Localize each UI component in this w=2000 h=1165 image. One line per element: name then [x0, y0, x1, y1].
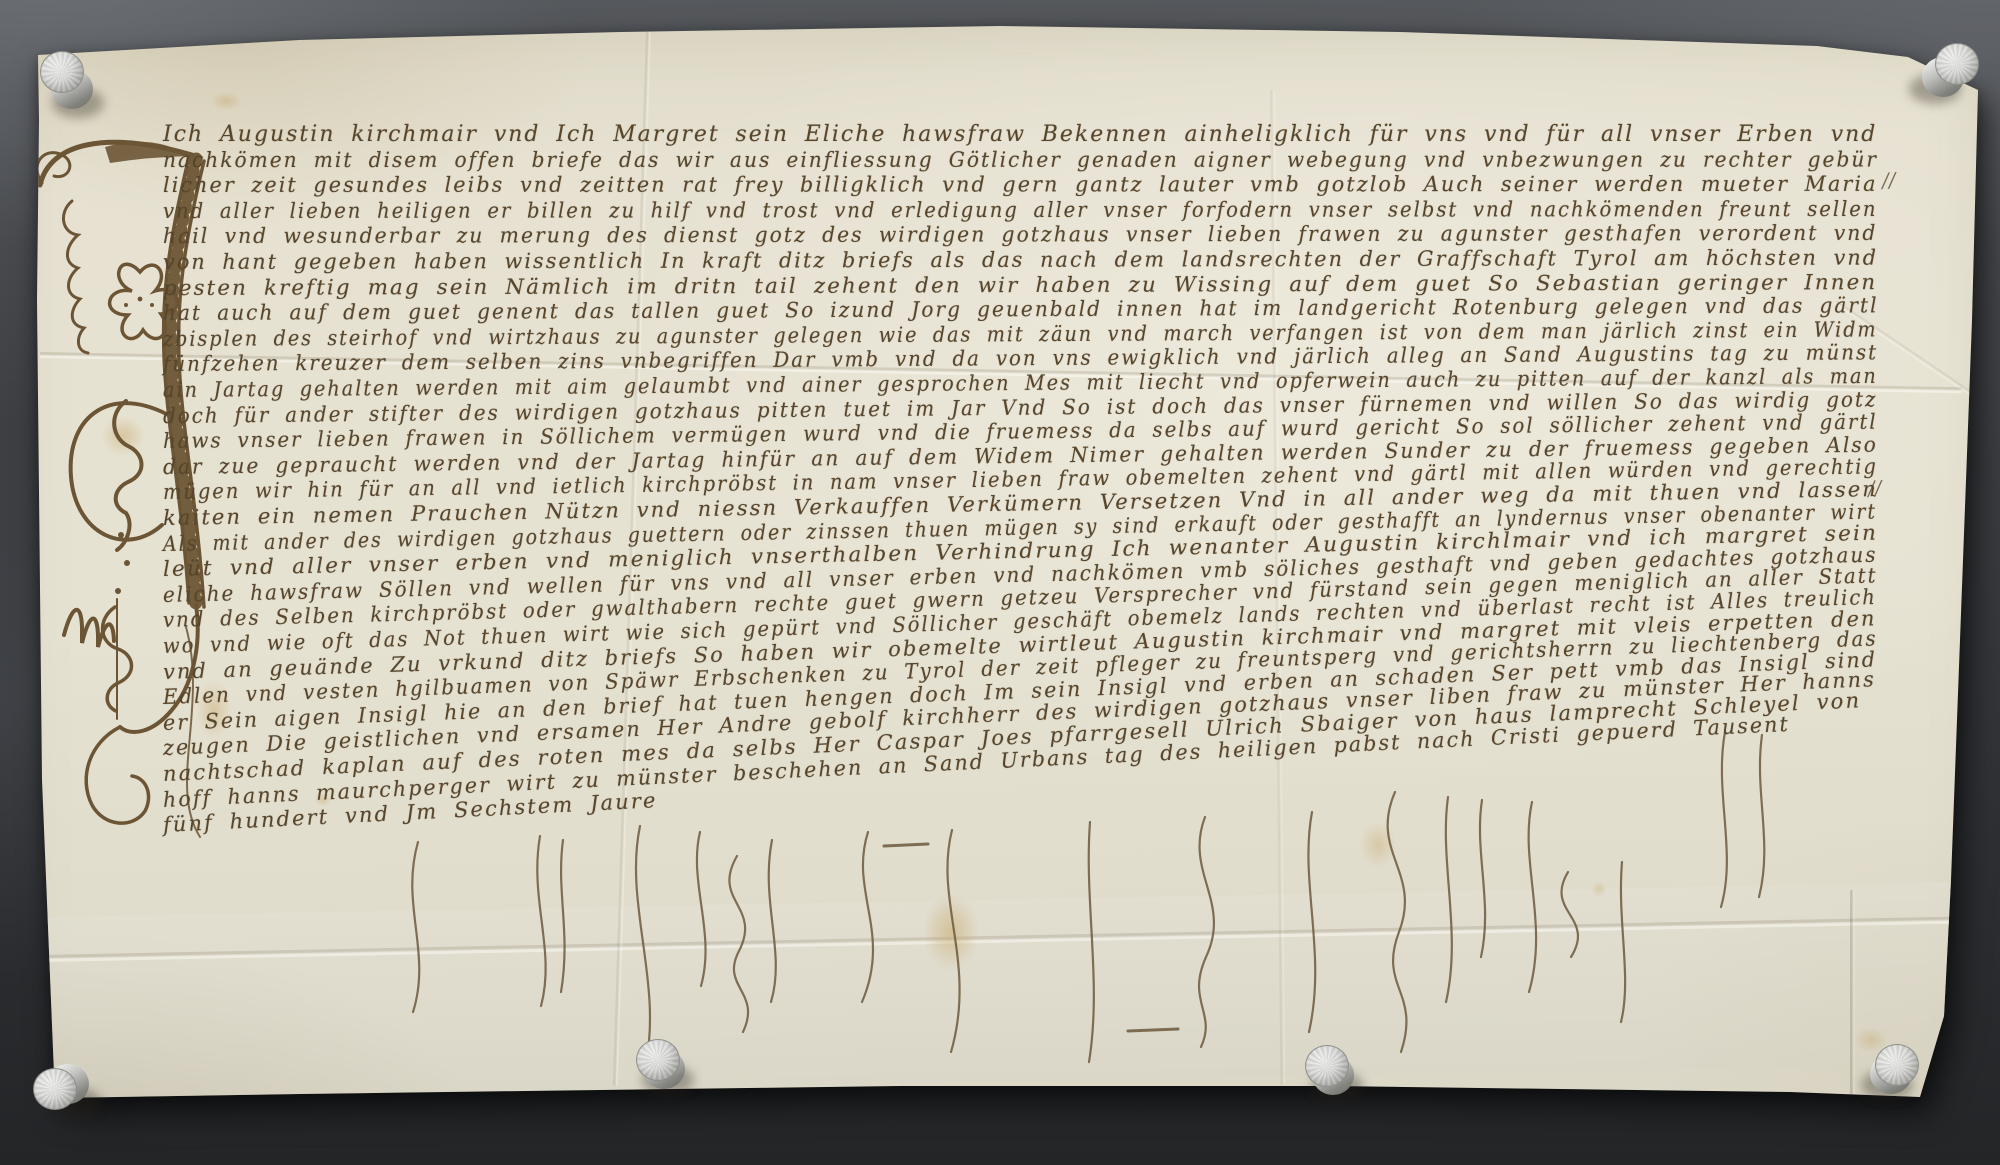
manuscript-line: licher zeit gesundes leibs vnd zeitten r…	[163, 172, 1878, 198]
pin-face	[636, 1039, 680, 1081]
parchment-wrapper: Ich Augustin kirchmair vnd Ich Margret s…	[0, 0, 2000, 1165]
pin-face	[40, 51, 84, 93]
manuscript-text-block: Ich Augustin kirchmair vnd Ich Margret s…	[0, 0, 2000, 1165]
pin-face	[1305, 1045, 1349, 1087]
pin-face	[1875, 1044, 1919, 1086]
margin-slash-mark: //	[1881, 168, 1896, 193]
manuscript-line: vnd aller lieben heiligen er billen zu h…	[163, 197, 1878, 224]
pin-face	[33, 1068, 77, 1110]
margin-slash-mark: //	[1867, 476, 1882, 501]
manuscript-line: hail vnd wesunderbar zu merung des diens…	[163, 221, 1877, 249]
manuscript-line: Ich Augustin kirchmair vnd Ich Margret s…	[163, 122, 1877, 147]
parchment-sheet: Ich Augustin kirchmair vnd Ich Margret s…	[0, 0, 2000, 1165]
pin-face	[1935, 43, 1979, 85]
manuscript-line: nachkömen mit disem offen briefe das wir…	[163, 147, 1878, 172]
